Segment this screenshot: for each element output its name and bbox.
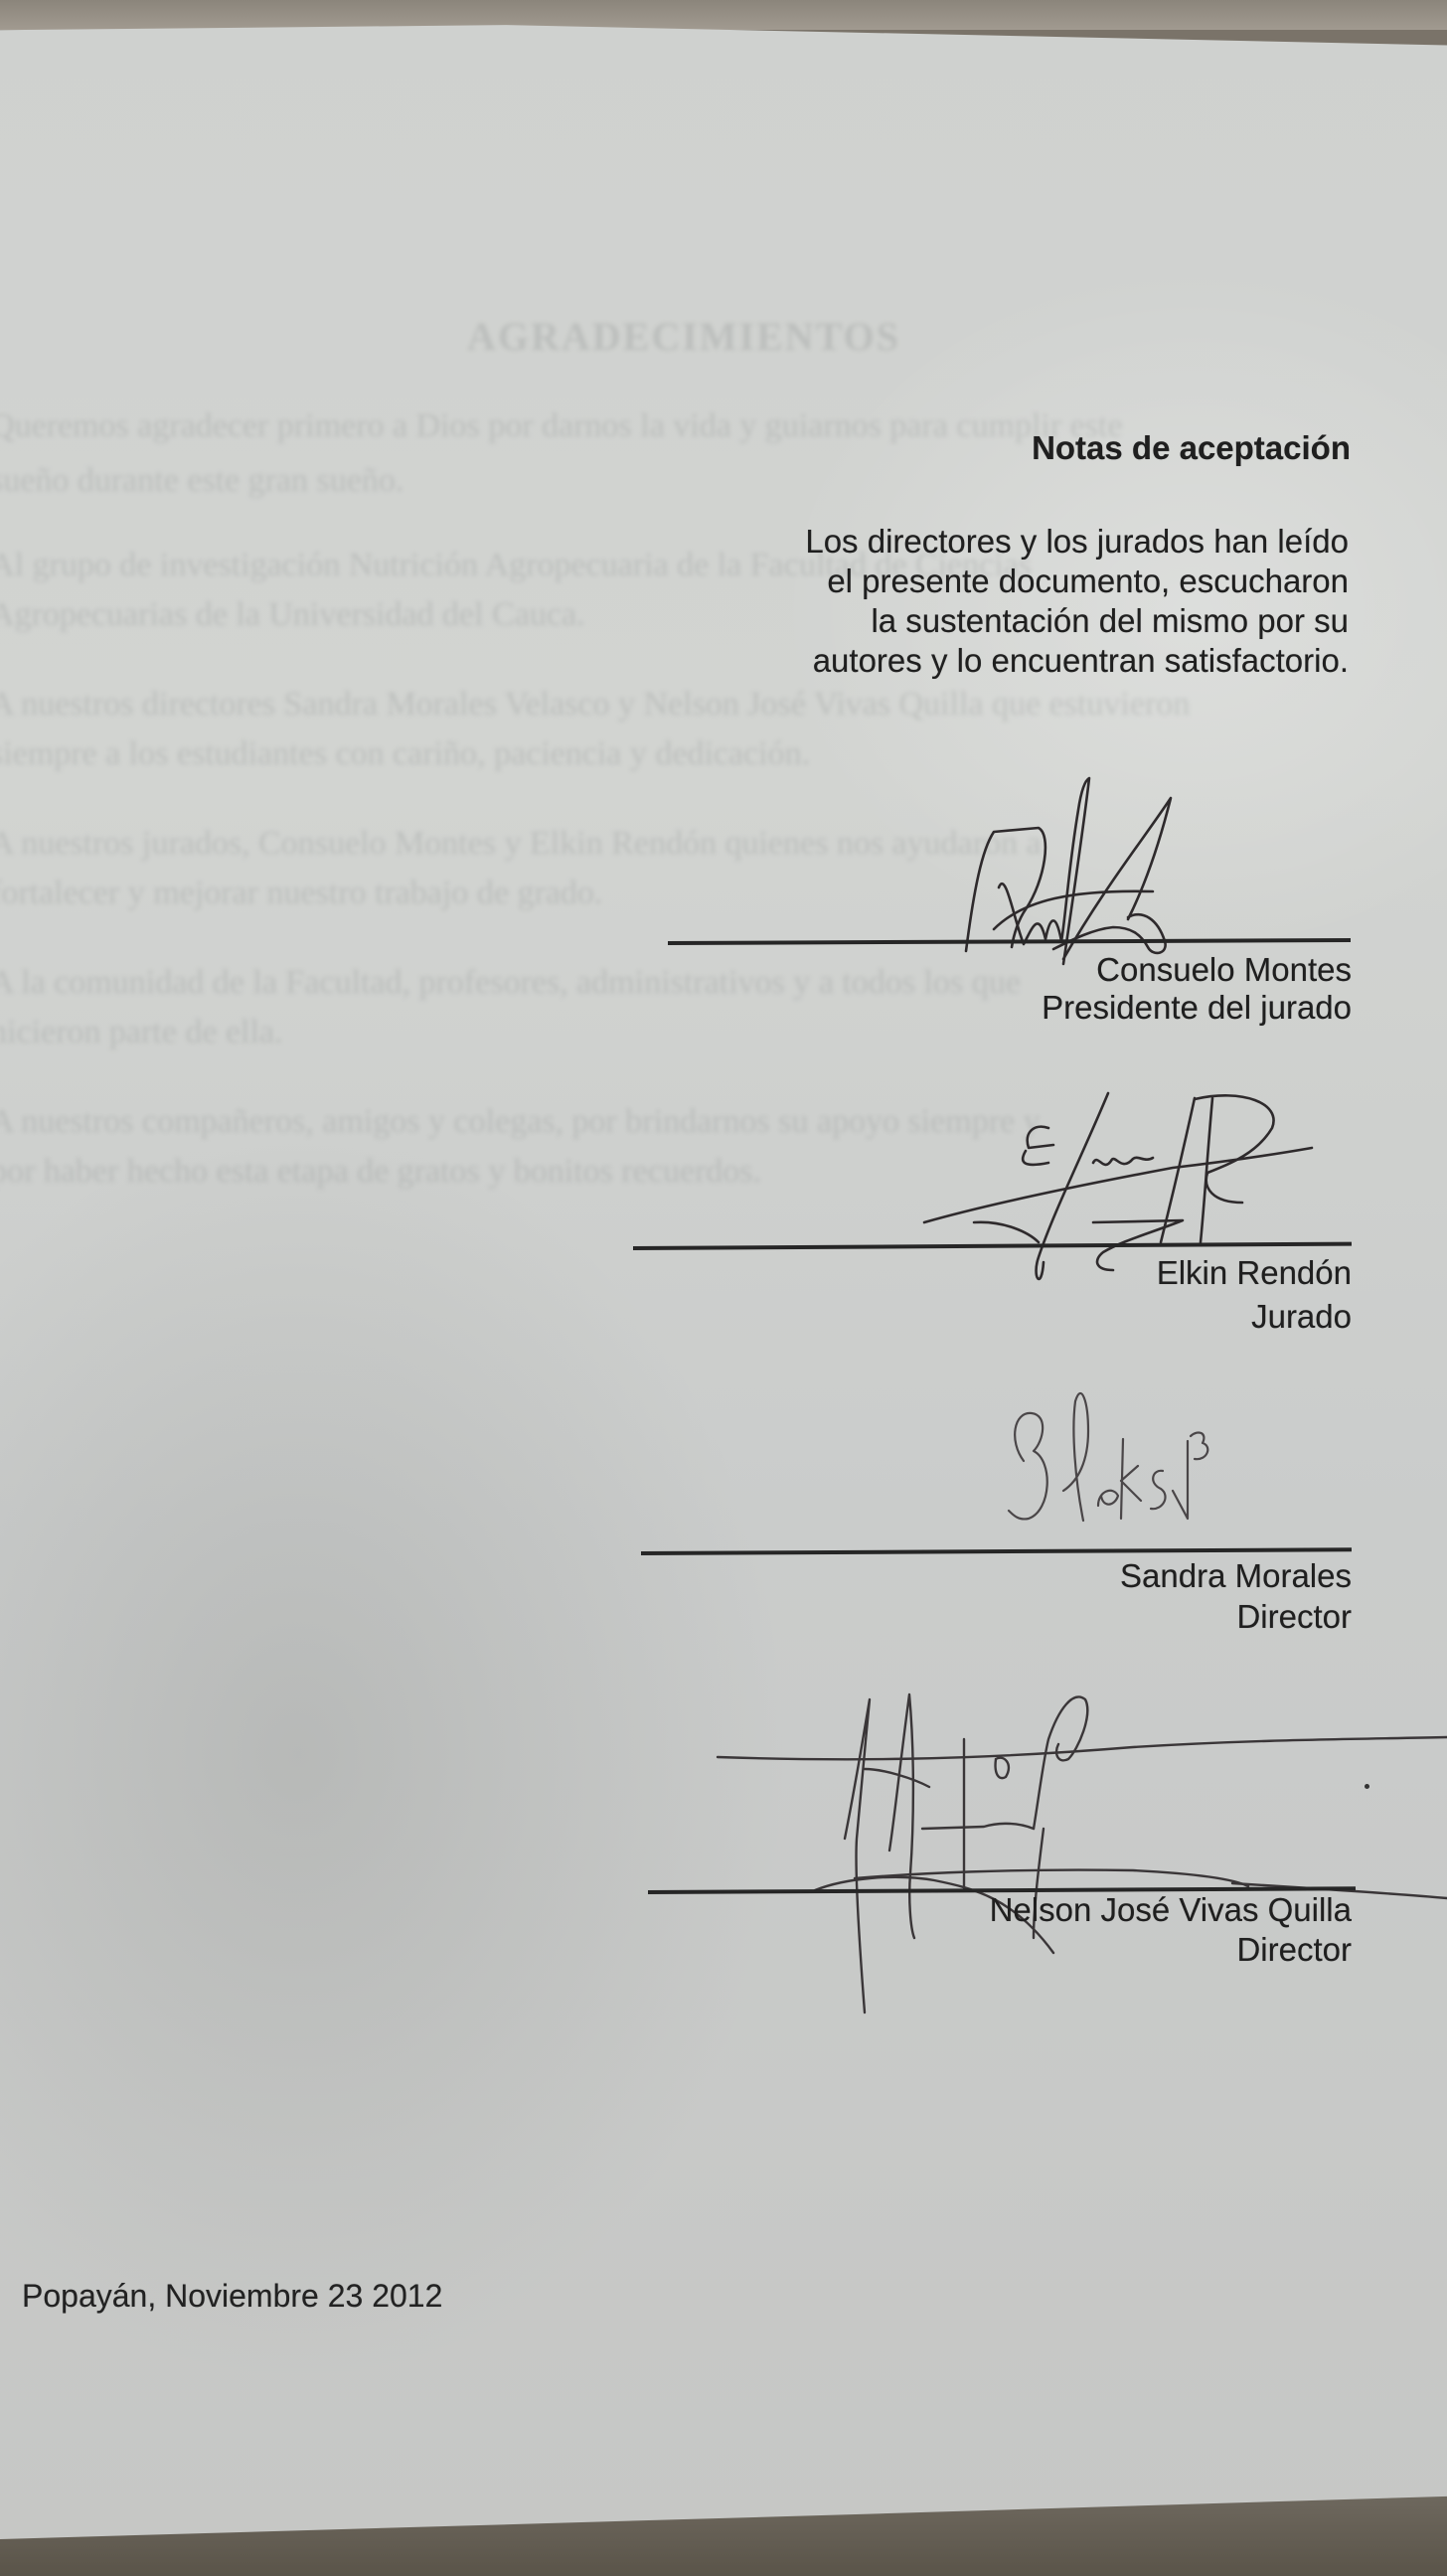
desk-surface-top [0, 0, 1447, 30]
place-date: Popayán, Noviembre 23 2012 [22, 2278, 442, 2315]
signer-block-4: Nelson José Vivas Quilla Director [990, 1891, 1352, 1969]
paragraph-line: Los directores y los jurados han leído [805, 522, 1349, 562]
signer-role: Presidente del jurado [1042, 989, 1352, 1027]
ghost-line: por haber hecho esta etapa de gratos y b… [0, 1153, 761, 1191]
signature-line [641, 1547, 1352, 1555]
signer-name: Sandra Morales [1120, 1557, 1352, 1595]
signer-name: Elkin Rendón [1157, 1254, 1352, 1292]
ghost-line: Queremos agradecer primero a Dios por da… [0, 407, 1123, 445]
ghost-line: hicieron parte de ella. [0, 1014, 283, 1051]
signer-name: Consuelo Montes [1042, 951, 1352, 989]
signer-role: Director [1120, 1598, 1352, 1636]
signer-role: Director [990, 1931, 1352, 1969]
paragraph-line: autores y lo encuentran satisfactorio. [805, 641, 1349, 681]
acceptance-heading: Notas de aceptación [1032, 429, 1351, 467]
signer-block-3: Sandra Morales Director [1120, 1557, 1352, 1636]
ghost-line: siempre a los estudiantes con cariño, pa… [0, 735, 810, 773]
ghost-line: A nuestros directores Sandra Morales Vel… [0, 686, 1190, 724]
ghost-line: A nuestros jurados, Consuelo Montes y El… [0, 825, 1042, 863]
handwritten-signature-icon [716, 1670, 1447, 2027]
ghost-line: A nuestros compañeros, amigos y colegas,… [0, 1103, 1041, 1141]
acceptance-paragraph: Los directores y los jurados han leído e… [805, 522, 1349, 681]
paragraph-line: la sustentación del mismo por su [805, 601, 1349, 641]
signer-name: Nelson José Vivas Quilla [990, 1891, 1352, 1929]
ghost-line: sueño durante este gran sueño. [0, 462, 403, 500]
signer-block-1: Consuelo Montes Presidente del jurado [1042, 951, 1352, 1027]
paragraph-line: el presente documento, escucharon [805, 562, 1349, 601]
signer-block-2: Elkin Rendón Jurado [1157, 1254, 1352, 1336]
ink-speck [1365, 1784, 1369, 1789]
ghost-line: A la comunidad de la Facultad, profesore… [0, 964, 1021, 1002]
signer-role: Jurado [1157, 1298, 1352, 1336]
paper-sheet: AGRADECIMIENTOS Queremos agradecer prime… [0, 15, 1447, 2539]
ghost-line: fortalecer y mejorar nuestro trabajo de … [0, 875, 602, 912]
ghost-heading: AGRADECIMIENTOS [467, 313, 900, 360]
handwritten-signature-icon [1004, 1371, 1292, 1550]
ghost-line: Agropecuarias de la Universidad del Cauc… [0, 596, 585, 634]
